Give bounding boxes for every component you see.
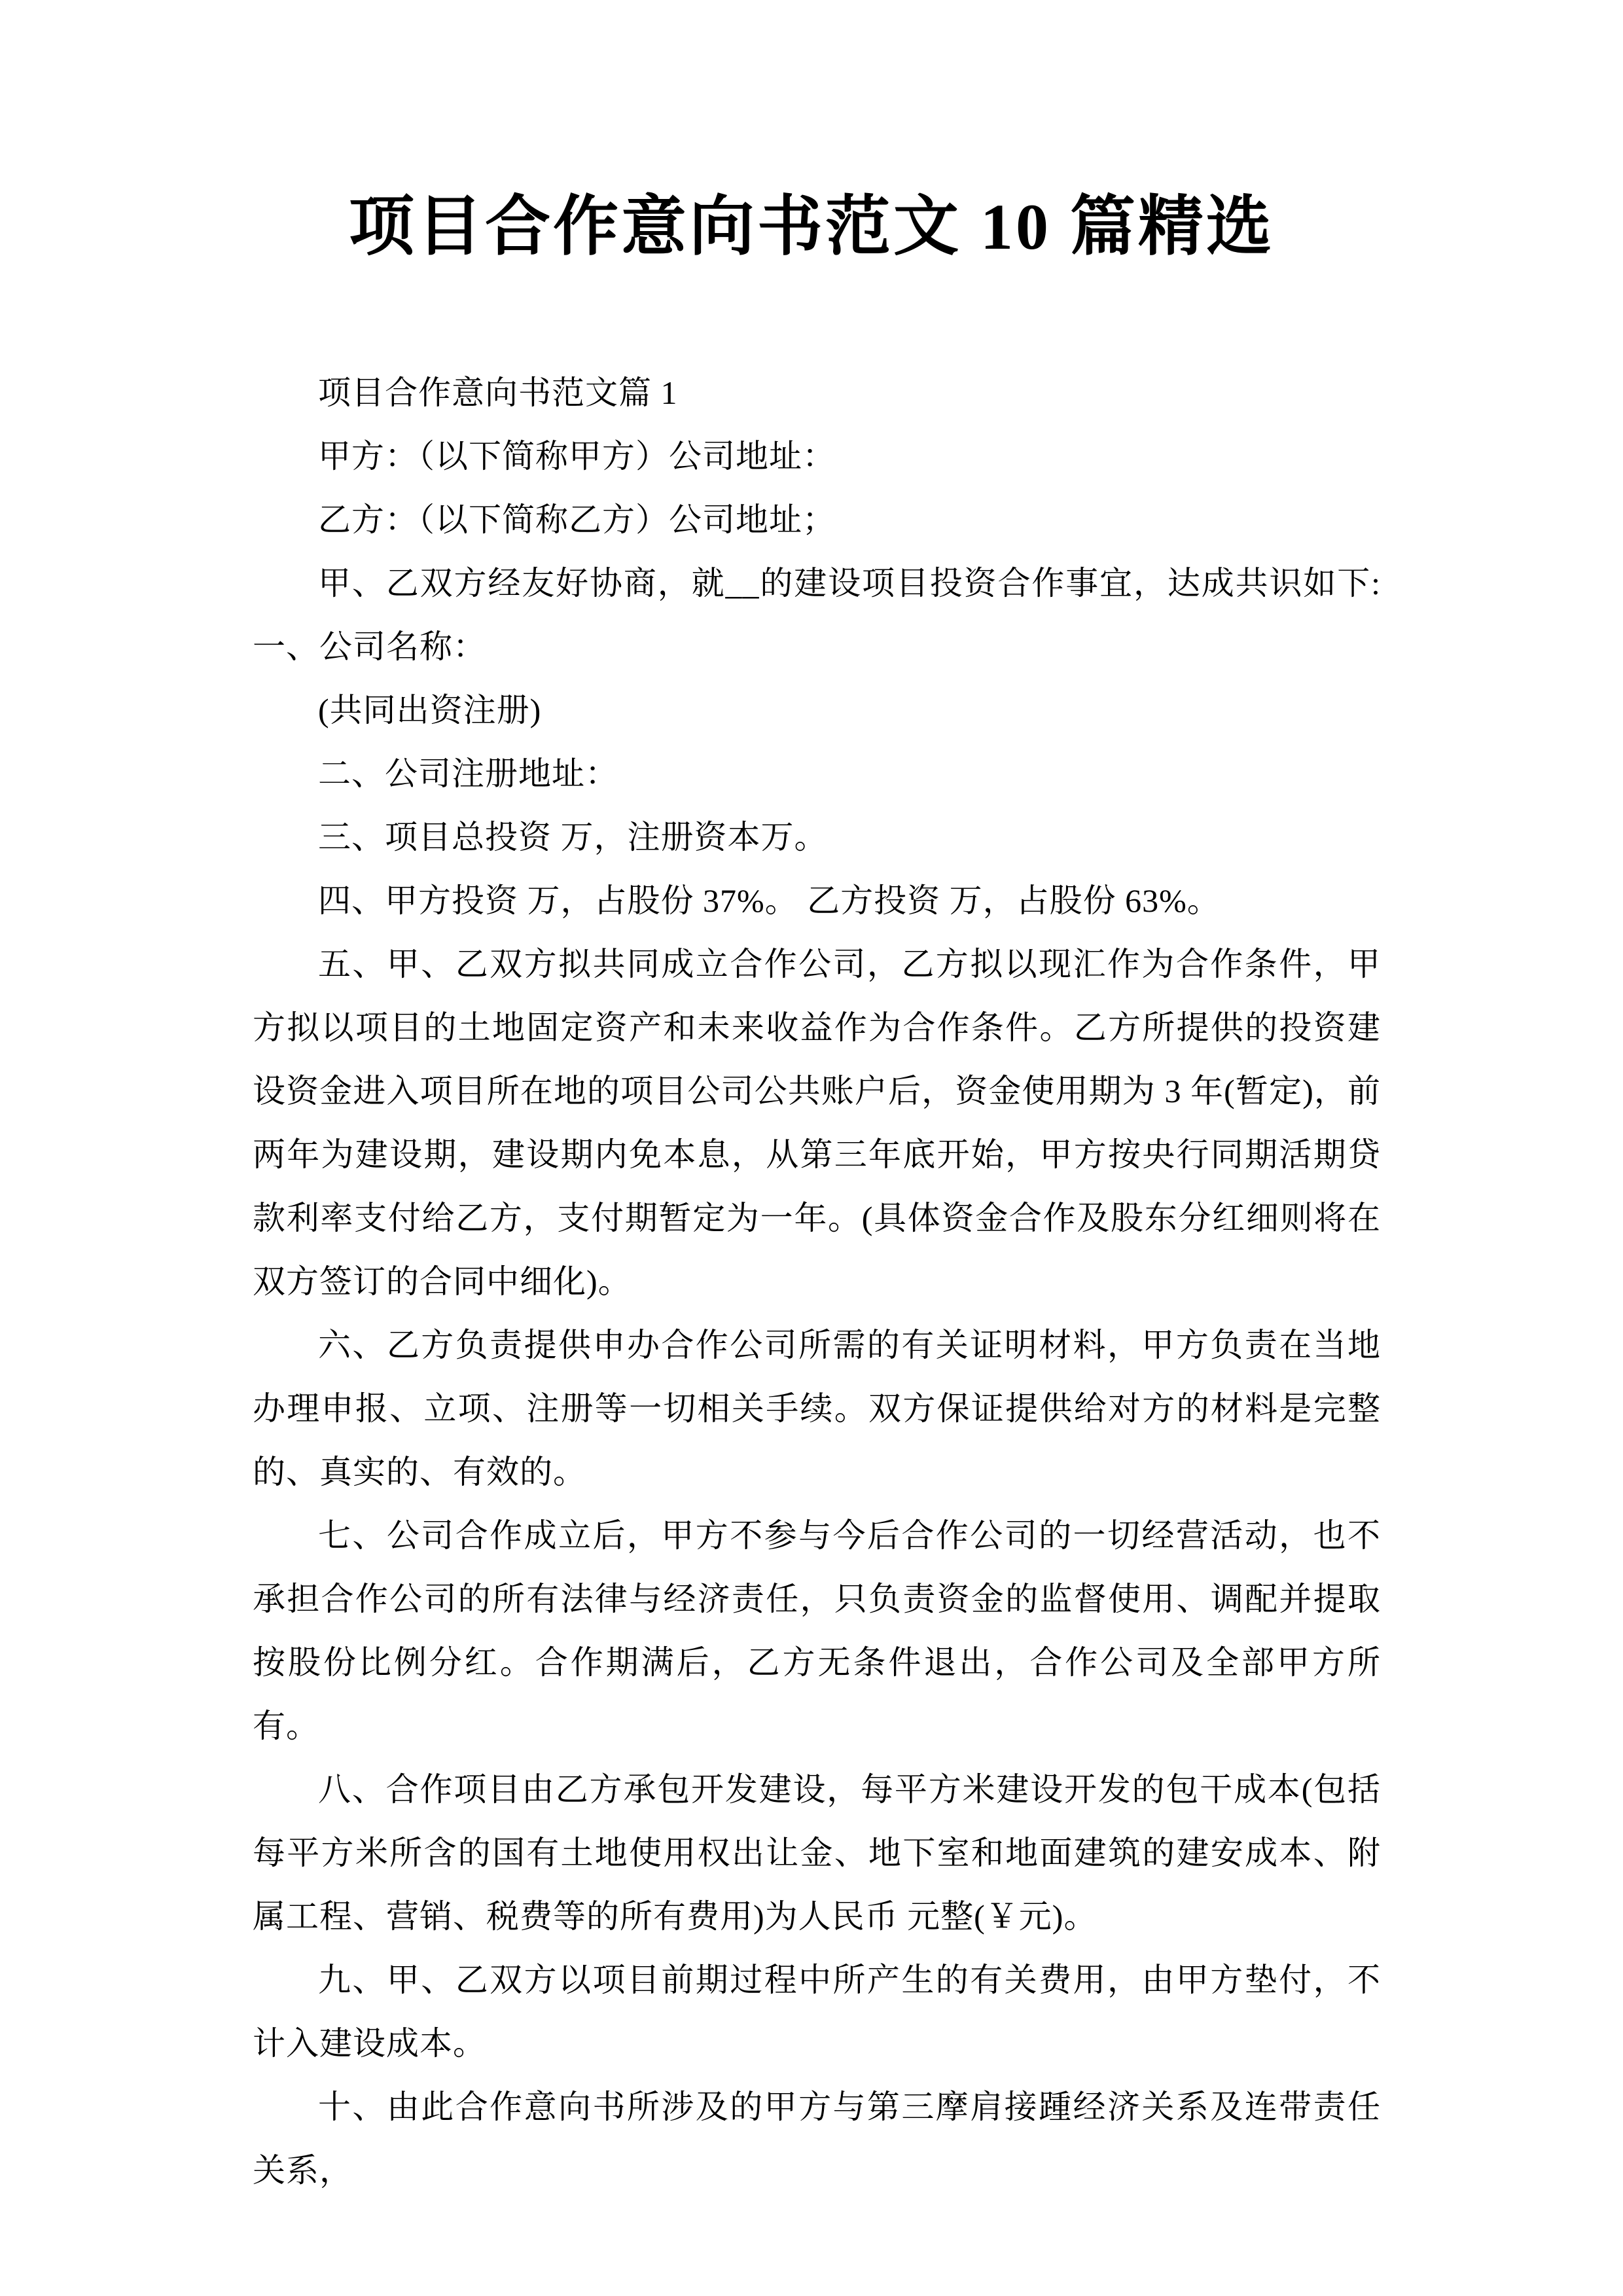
paragraph: 三、项目总投资 万，注册资本万。 (253, 806, 1381, 869)
document-page: 项目合作意向书范文 10 篇精选 项目合作意向书范文篇 1甲方：（以下简称甲方）… (0, 0, 1623, 2296)
paragraph: 项目合作意向书范文篇 1 (253, 361, 1381, 425)
paragraph: 六、乙方负责提供申办合作公司所需的有关证明材料，甲方负责在当地办理申报、立项、注… (253, 1314, 1381, 1504)
paragraph: 五、甲、乙双方拟共同成立合作公司，乙方拟以现汇作为合作条件，甲方拟以项目的土地固… (253, 933, 1381, 1314)
paragraph: 十、由此合作意向书所涉及的甲方与第三摩肩接踵经济关系及连带责任关系， (253, 2075, 1381, 2202)
paragraph: 乙方：（以下简称乙方）公司地址； (253, 488, 1381, 552)
paragraph: 八、合作项目由乙方承包开发建设，每平方米建设开发的包干成本(包括每平方米所含的国… (253, 1758, 1381, 1948)
paragraph: 四、甲方投资 万，占股份 37%。 乙方投资 万，占股份 63%。 (253, 869, 1381, 933)
paragraph: 甲方：（以下简称甲方）公司地址： (253, 425, 1381, 488)
paragraph: 九、甲、乙双方以项目前期过程中所产生的有关费用，由甲方垫付，不计入建设成本。 (253, 1948, 1381, 2075)
paragraph: (共同出资注册) (253, 679, 1381, 742)
document-body: 项目合作意向书范文篇 1甲方：（以下简称甲方）公司地址：乙方：（以下简称乙方）公… (253, 361, 1381, 2202)
paragraph: 七、公司合作成立后，甲方不参与今后合作公司的一切经营活动，也不承担合作公司的所有… (253, 1504, 1381, 1758)
paragraph: 二、公司注册地址： (253, 742, 1381, 806)
paragraph: 甲、乙双方经友好协商，就__的建设项目投资合作事宜，达成共识如下: 一、公司名称… (253, 552, 1381, 679)
document-title: 项目合作意向书范文 10 篇精选 (0, 0, 1623, 270)
